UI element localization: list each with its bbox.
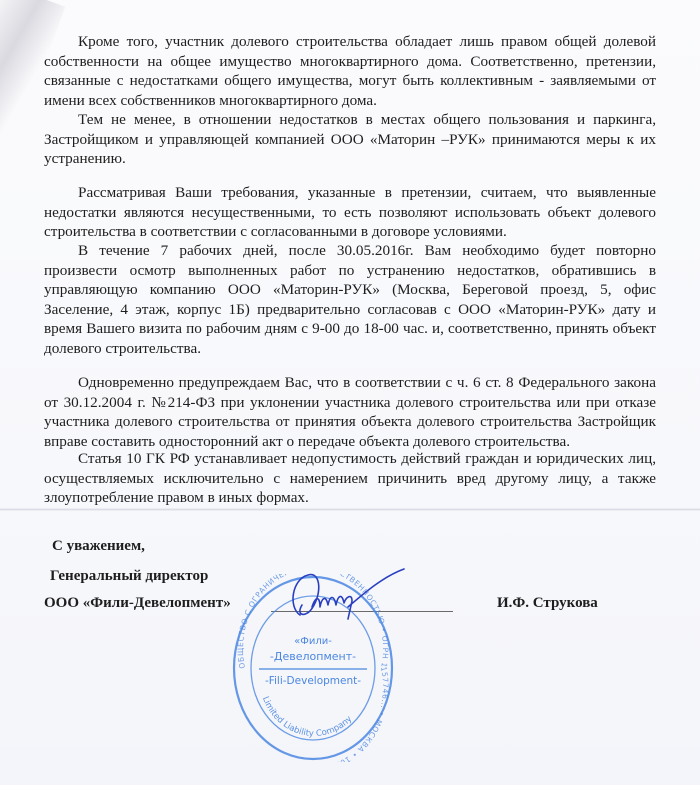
signer-position: Генеральный директор bbox=[50, 568, 208, 585]
paragraph-shared-ownership: Кроме того, участник долевого строительс… bbox=[44, 32, 656, 110]
paragraph-inspection-deadline: В течение 7 рабочих дней, после 30.05.20… bbox=[44, 241, 656, 359]
paragraph-text: Кроме того, участник долевого строительс… bbox=[44, 32, 656, 110]
company-name: ООО «Фили-Девелопмент» bbox=[44, 595, 231, 612]
svg-text:-Fili-Development-: -Fili-Development- bbox=[265, 675, 361, 687]
document-page: Кроме того, участник долевого строительс… bbox=[0, 0, 700, 785]
paragraph-claims-review: Рассматривая Ваши требования, указанные … bbox=[44, 183, 656, 242]
svg-text:-Девелопмент-: -Девелопмент- bbox=[270, 650, 356, 663]
paragraph-common-areas: Тем не менее, в отношении недостатков в … bbox=[44, 110, 656, 169]
handwritten-signature-icon bbox=[282, 567, 412, 627]
paper-fold-line bbox=[0, 508, 700, 511]
paragraph-text: Статья 10 ГК РФ устанавливает недопустим… bbox=[44, 449, 656, 508]
signer-name: И.Ф. Струкова bbox=[497, 595, 598, 612]
paragraph-legal-warning: Одновременно предупреждаем Вас, что в со… bbox=[44, 373, 656, 451]
closing-salutation: С уважением, bbox=[52, 538, 145, 555]
paragraph-text: В течение 7 рабочих дней, после 30.05.20… bbox=[44, 241, 656, 359]
paragraph-civil-code: Статья 10 ГК РФ устанавливает недопустим… bbox=[44, 449, 656, 508]
svg-text:«Фили-: «Фили- bbox=[294, 636, 332, 647]
paragraph-text: Тем не менее, в отношении недостатков в … bbox=[44, 110, 656, 169]
paragraph-text: Рассматривая Ваши требования, указанные … bbox=[44, 183, 656, 242]
paragraph-text: Одновременно предупреждаем Вас, что в со… bbox=[44, 373, 656, 451]
